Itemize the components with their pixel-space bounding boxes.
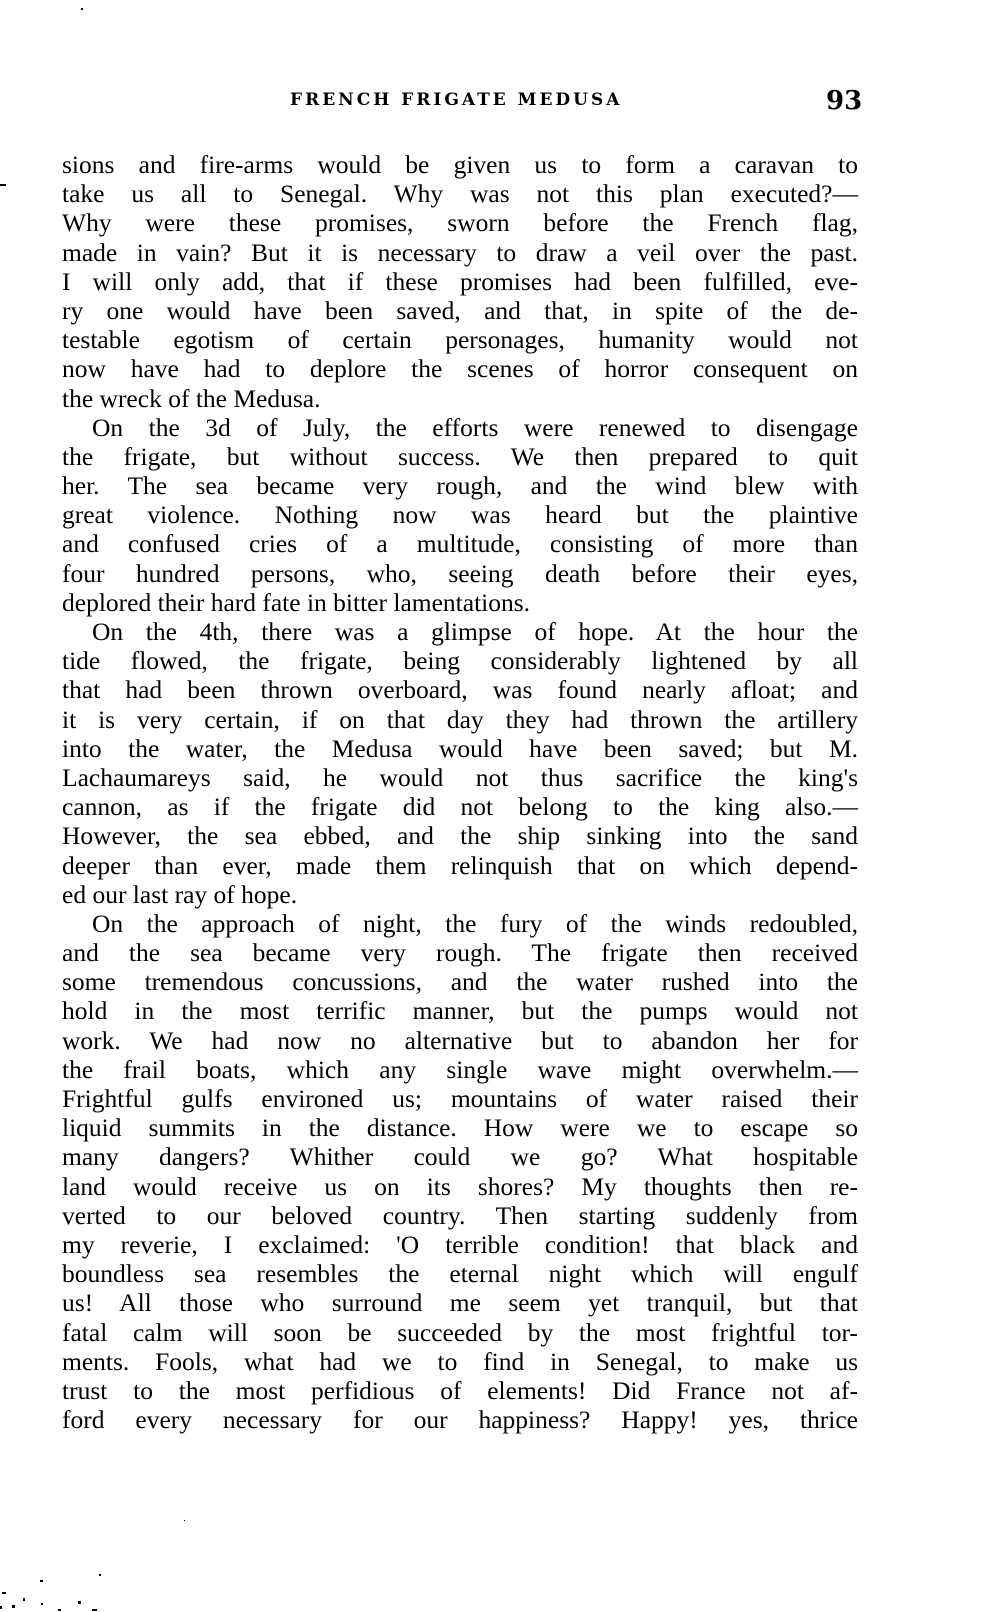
scan-artifacts [0,0,1000,1612]
book-page: FRENCH FRIGATE MEDUSA 93 sions and fire-… [0,0,1000,1612]
